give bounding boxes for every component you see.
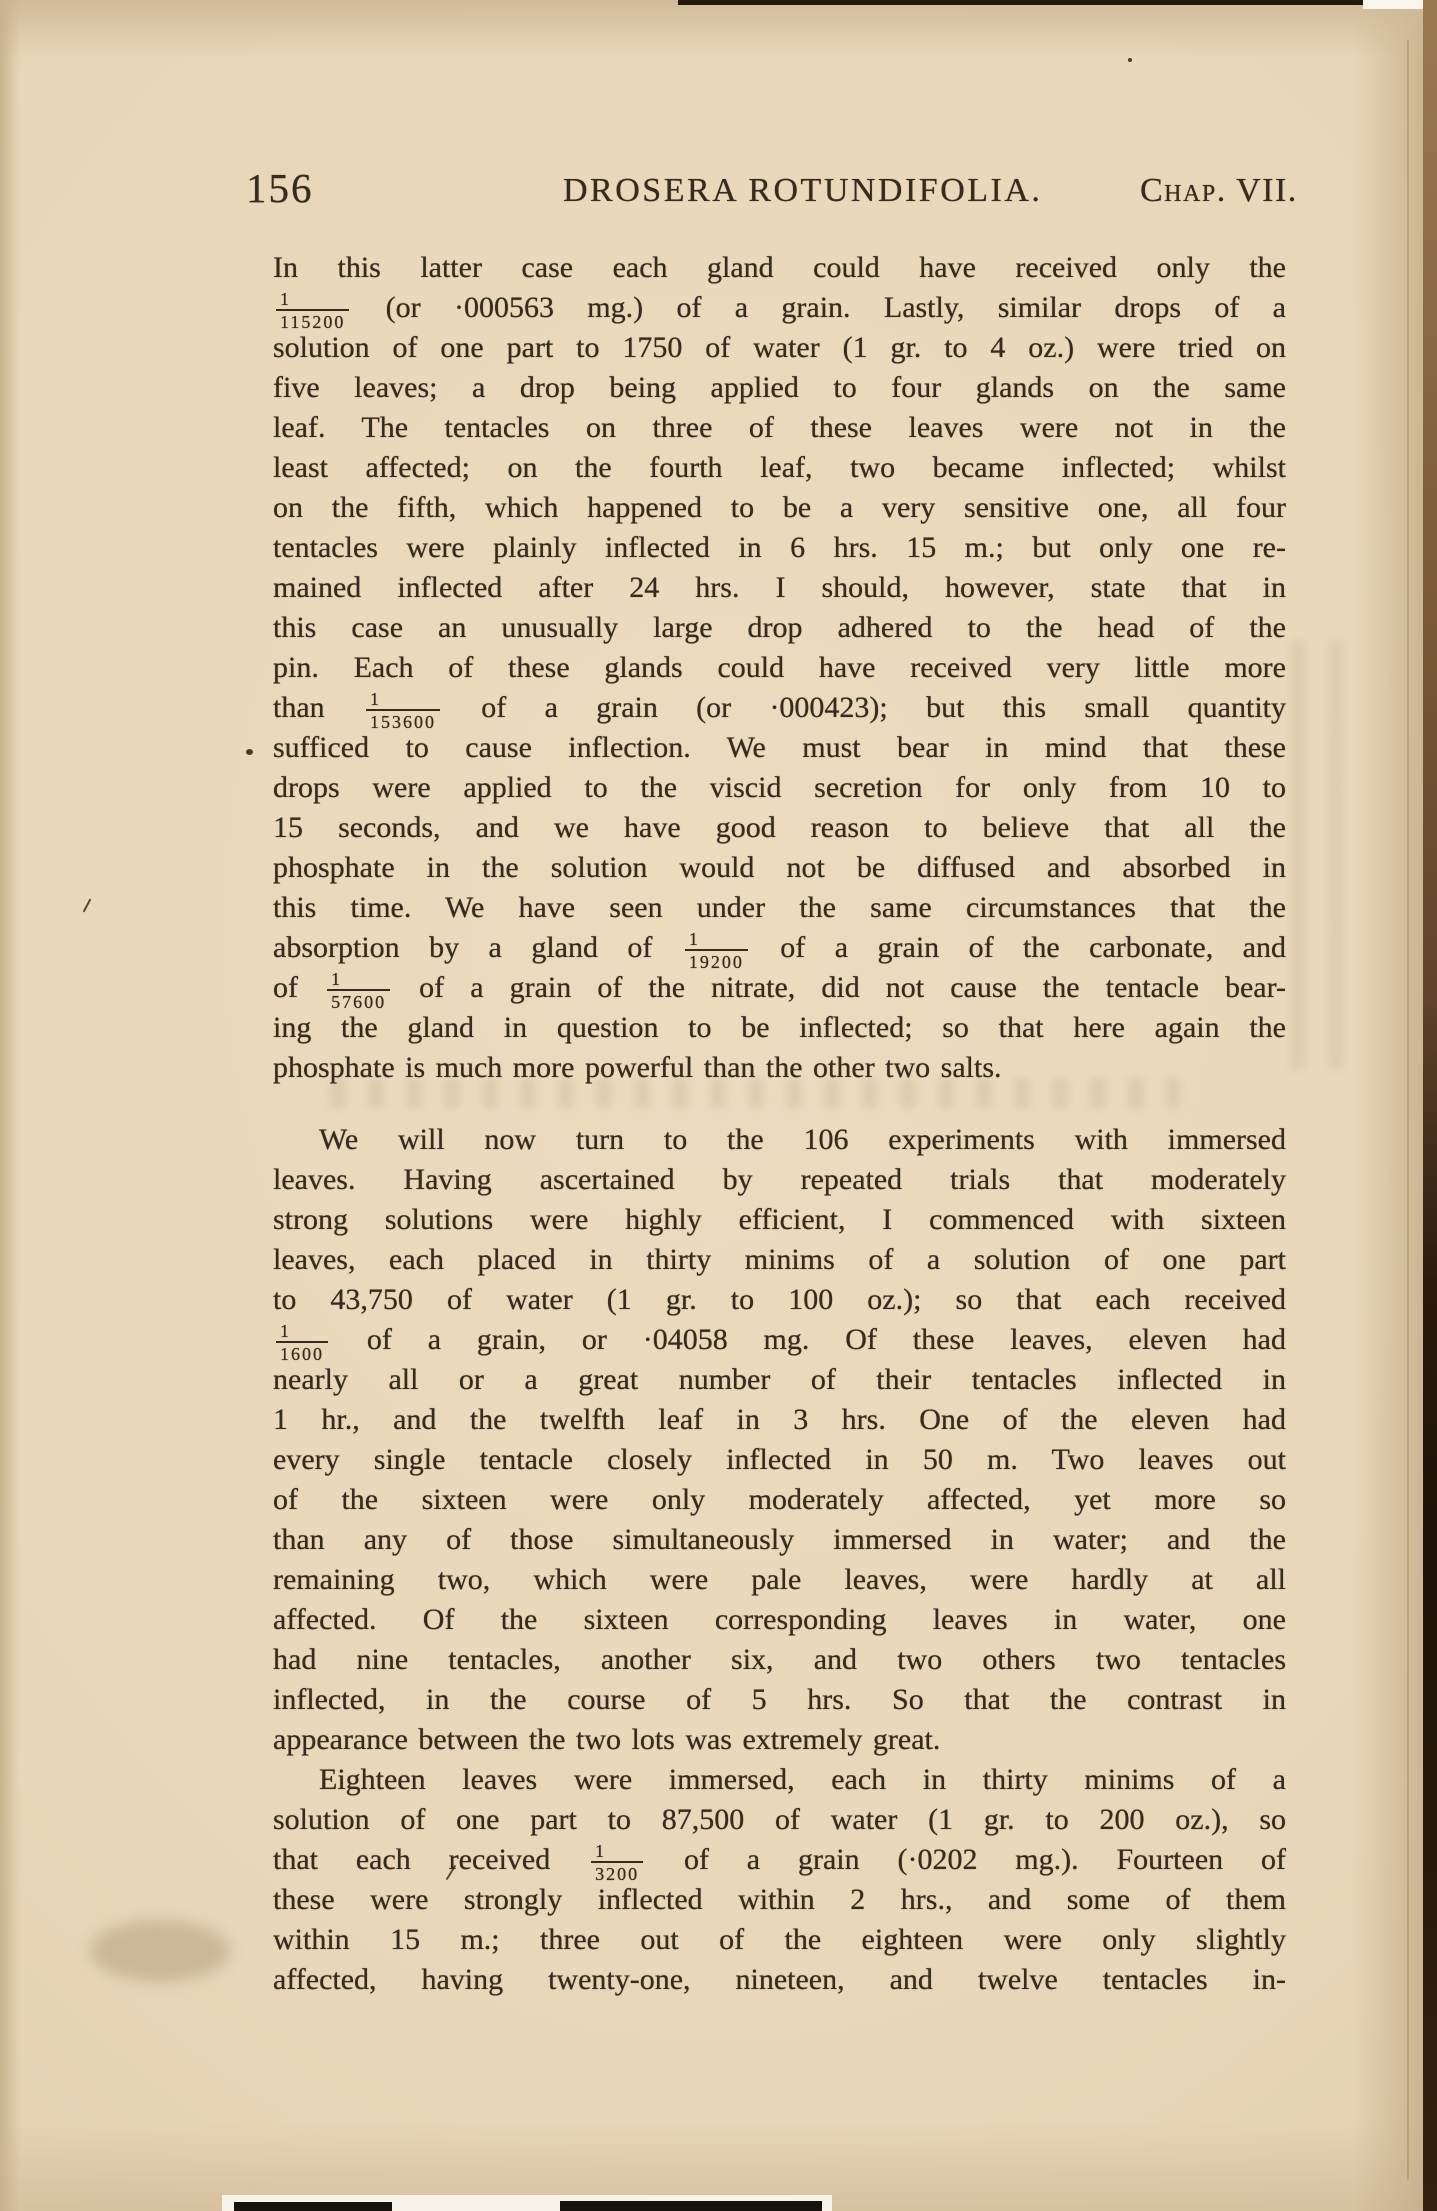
text-line: 1 hr., and the twelfth leaf in 3 hrs. On… xyxy=(273,1400,1286,1440)
line-text: of xyxy=(273,971,324,1004)
text-line: this case an unusually large drop adhere… xyxy=(273,608,1286,648)
text-line: solution of one part to 1750 of water (1… xyxy=(273,328,1286,368)
book-page-edge-shadow xyxy=(1423,0,1437,2211)
text-line: 1115200 (or ·000563 mg.) of a grain. Las… xyxy=(273,288,1286,328)
running-title: DROSERA ROTUNDIFOLIA. xyxy=(563,172,1042,210)
text-line: phosphate in the solution would not be d… xyxy=(273,848,1286,888)
fraction-numerator: 1 xyxy=(366,690,440,709)
paragraph-1: In this latter case each gland could hav… xyxy=(273,248,1286,1088)
line-text: of a grain (·0202 mg.). Fourteen of xyxy=(646,1843,1286,1876)
text-line: of the sixteen were only moderately affe… xyxy=(273,1480,1286,1520)
text-line: than any of those simultaneously immerse… xyxy=(273,1520,1286,1560)
text-line: phosphate is much more powerful than the… xyxy=(273,1048,1286,1088)
paper-smudge xyxy=(90,1920,230,1982)
ink-showthrough xyxy=(1290,640,1350,1070)
scan-bottom-edge-bar xyxy=(234,2202,392,2211)
paper-speck xyxy=(246,749,253,755)
text-line: to 43,750 of water (1 gr. to 100 oz.); s… xyxy=(273,1280,1286,1320)
paper-mark xyxy=(83,898,92,912)
text-line: this time. We have seen under the same c… xyxy=(273,888,1286,928)
paragraph-2: We will now turn to the 106 experiments … xyxy=(273,1120,1286,2000)
text-line: remaining two, which were pale leaves, w… xyxy=(273,1560,1286,1600)
fraction: 157600 xyxy=(327,970,390,1011)
page-crease-line xyxy=(1407,40,1409,2180)
fraction-numerator: 1 xyxy=(276,1322,328,1341)
fraction-numerator: 1 xyxy=(327,970,390,989)
fraction-numerator: 1 xyxy=(591,1842,643,1861)
text-line: 11600 of a grain, or ·04058 mg. Of these… xyxy=(273,1320,1286,1360)
text-line: absorption by a gland of 119200 of a gra… xyxy=(273,928,1286,968)
scan-top-edge-line xyxy=(678,0,1366,5)
line-text: absorption by a gland of xyxy=(273,931,682,964)
scanned-book-page: 156 DROSERA ROTUNDIFOLIA. Chap. VII. In … xyxy=(0,0,1437,2211)
text-line: mained inflected after 24 hrs. I should,… xyxy=(273,568,1286,608)
text-line: tentacles were plainly inflected in 6 hr… xyxy=(273,528,1286,568)
text-line: of 157600 of a grain of the nitrate, did… xyxy=(273,968,1286,1008)
fraction: 11600 xyxy=(276,1322,328,1363)
text-line: these were strongly inflected within 2 h… xyxy=(273,1880,1286,1920)
line-text: (or ·000563 mg.) of a grain. Lastly, sim… xyxy=(352,291,1286,324)
line-text: of a grain, or ·04058 mg. Of these leave… xyxy=(331,1323,1286,1356)
fraction: 1153600 xyxy=(366,690,440,731)
text-line: within 15 m.; three out of the eighteen … xyxy=(273,1920,1286,1960)
text-line: on the fifth, which happened to be a ver… xyxy=(273,488,1286,528)
text-line: inflected, in the course of 5 hrs. So th… xyxy=(273,1680,1286,1720)
text-line: sufficed to cause inflection. We must be… xyxy=(273,728,1286,768)
text-line: that each received 13200 of a grain (·02… xyxy=(273,1840,1286,1880)
paper-speck xyxy=(1128,58,1132,62)
text-line: appearance between the two lots was extr… xyxy=(273,1720,1286,1760)
text-line: every single tentacle closely inflected … xyxy=(273,1440,1286,1480)
text-line: leaf. The tentacles on three of these le… xyxy=(273,408,1286,448)
text-line: least affected; on the fourth leaf, two … xyxy=(273,448,1286,488)
text-line: than 1153600 of a grain (or ·000423); bu… xyxy=(273,688,1286,728)
text-line: affected, having twenty-one, nineteen, a… xyxy=(273,1960,1286,2000)
line-text: of a grain of the nitrate, did not cause… xyxy=(393,971,1286,1004)
text-line: leaves. Having ascertained by repeated t… xyxy=(273,1160,1286,1200)
line-text: than xyxy=(273,691,363,724)
text-line: pin. Each of these glands could have rec… xyxy=(273,648,1286,688)
chapter-label: Chap. VII. xyxy=(1140,172,1298,210)
text-line: nearly all or a great number of their te… xyxy=(273,1360,1286,1400)
text-line: ing the gland in question to be inflecte… xyxy=(273,1008,1286,1048)
text-line: solution of one part to 87,500 of water … xyxy=(273,1800,1286,1840)
text-line: In this latter case each gland could hav… xyxy=(273,248,1286,288)
fraction-numerator: 1 xyxy=(685,930,748,949)
text-line: We will now turn to the 106 experiments … xyxy=(273,1120,1286,1160)
text-line: drops were applied to the viscid secreti… xyxy=(273,768,1286,808)
text-line: affected. Of the sixteen corresponding l… xyxy=(273,1600,1286,1640)
text-line: had nine tentacles, another six, and two… xyxy=(273,1640,1286,1680)
text-line: strong solutions were highly efficient, … xyxy=(273,1200,1286,1240)
text-line: Eighteen leaves were immersed, each in t… xyxy=(273,1760,1286,1800)
line-text: of a grain (or ·000423); but this small … xyxy=(443,691,1286,724)
page-number: 156 xyxy=(246,164,314,212)
text-line: leaves, each placed in thirty minims of … xyxy=(273,1240,1286,1280)
fraction: 1115200 xyxy=(276,290,349,331)
line-text: of a grain of the carbonate, and xyxy=(751,931,1286,964)
scan-bottom-edge-bar xyxy=(560,2201,822,2211)
fraction-numerator: 1 xyxy=(276,290,349,309)
text-line: five leaves; a drop being applied to fou… xyxy=(273,368,1286,408)
line-text: that each received xyxy=(273,1843,588,1876)
fraction: 13200 xyxy=(591,1842,643,1883)
text-line: 15 seconds, and we have good reason to b… xyxy=(273,808,1286,848)
fraction: 119200 xyxy=(685,930,748,971)
